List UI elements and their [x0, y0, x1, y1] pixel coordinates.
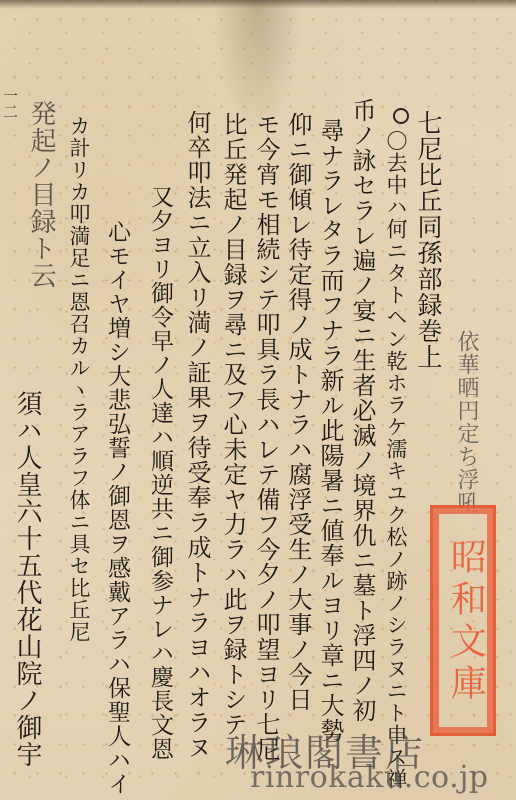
text-column-10: カ計リカ叩満足ニ恩召カルヽラアラフ体ニ具セ比丘尼 [68, 115, 89, 643]
text-column-1: 〇去中ハ何ニタトヘン乾ホラケ濡キユク松ノ跡ノシラヌニト申ス禅 [385, 130, 406, 790]
circle-mark [393, 108, 409, 124]
text-column-7: 何卒叩法ニ立入リ満ノ証果ヲ待受奉ラ成トナラヨハオラヌ [185, 110, 209, 760]
seal-text: 昭和文庫 [445, 538, 486, 706]
watermark-url: rinrokaku.co.jp [250, 760, 489, 795]
left-margin-marks: 一二 [2, 88, 17, 120]
document-title-column: 七尼比丘同孫部録巻上 [416, 110, 441, 370]
text-column-8: 又夕ヨリ御令早ノ人達ハ順逆共ニ御参ナレハ慶長文恩 [148, 185, 171, 761]
text-column-2: 币ノ詠セラレ遍ノ宴ニ生者必滅ノ境界仇ニ墓ト浮四ノ初 [350, 98, 374, 723]
text-column-5: モ今宵モ相続シテ叩具ラ長ハレテ備フ今夕ノ叩望ヨリ七尼 [254, 112, 278, 762]
text-column-9: 心モイヤ増シ大悲弘誓ノ御恩ヲ感戴アラハ保聖人ハイ [105, 220, 128, 796]
text-column-4: 仰ニ御傾レ待定得ノ成トナラハ腐浮受生ノ大事ノ今日 [286, 112, 310, 712]
text-column-6: 比丘発起ノ目録ヲ尋ニ及フ心未定ヤ力ラハ此ヲ録トシテ [221, 112, 245, 737]
page-top-edge [0, 0, 516, 8]
library-seal: 昭和文庫 [430, 505, 496, 736]
text-column-11: 発起ノ目録ト云 [28, 100, 54, 289]
text-column-3: 尋ナラレタラ而フナラ新ル此陽暑ニ値奉ルヨリ章ニ大勢 [318, 118, 342, 743]
margin-note: 依華晒円定ち浮吼 [455, 330, 477, 514]
text-column-12: 須ハ人皇六十五代花山院ノ御宇 [14, 390, 40, 768]
